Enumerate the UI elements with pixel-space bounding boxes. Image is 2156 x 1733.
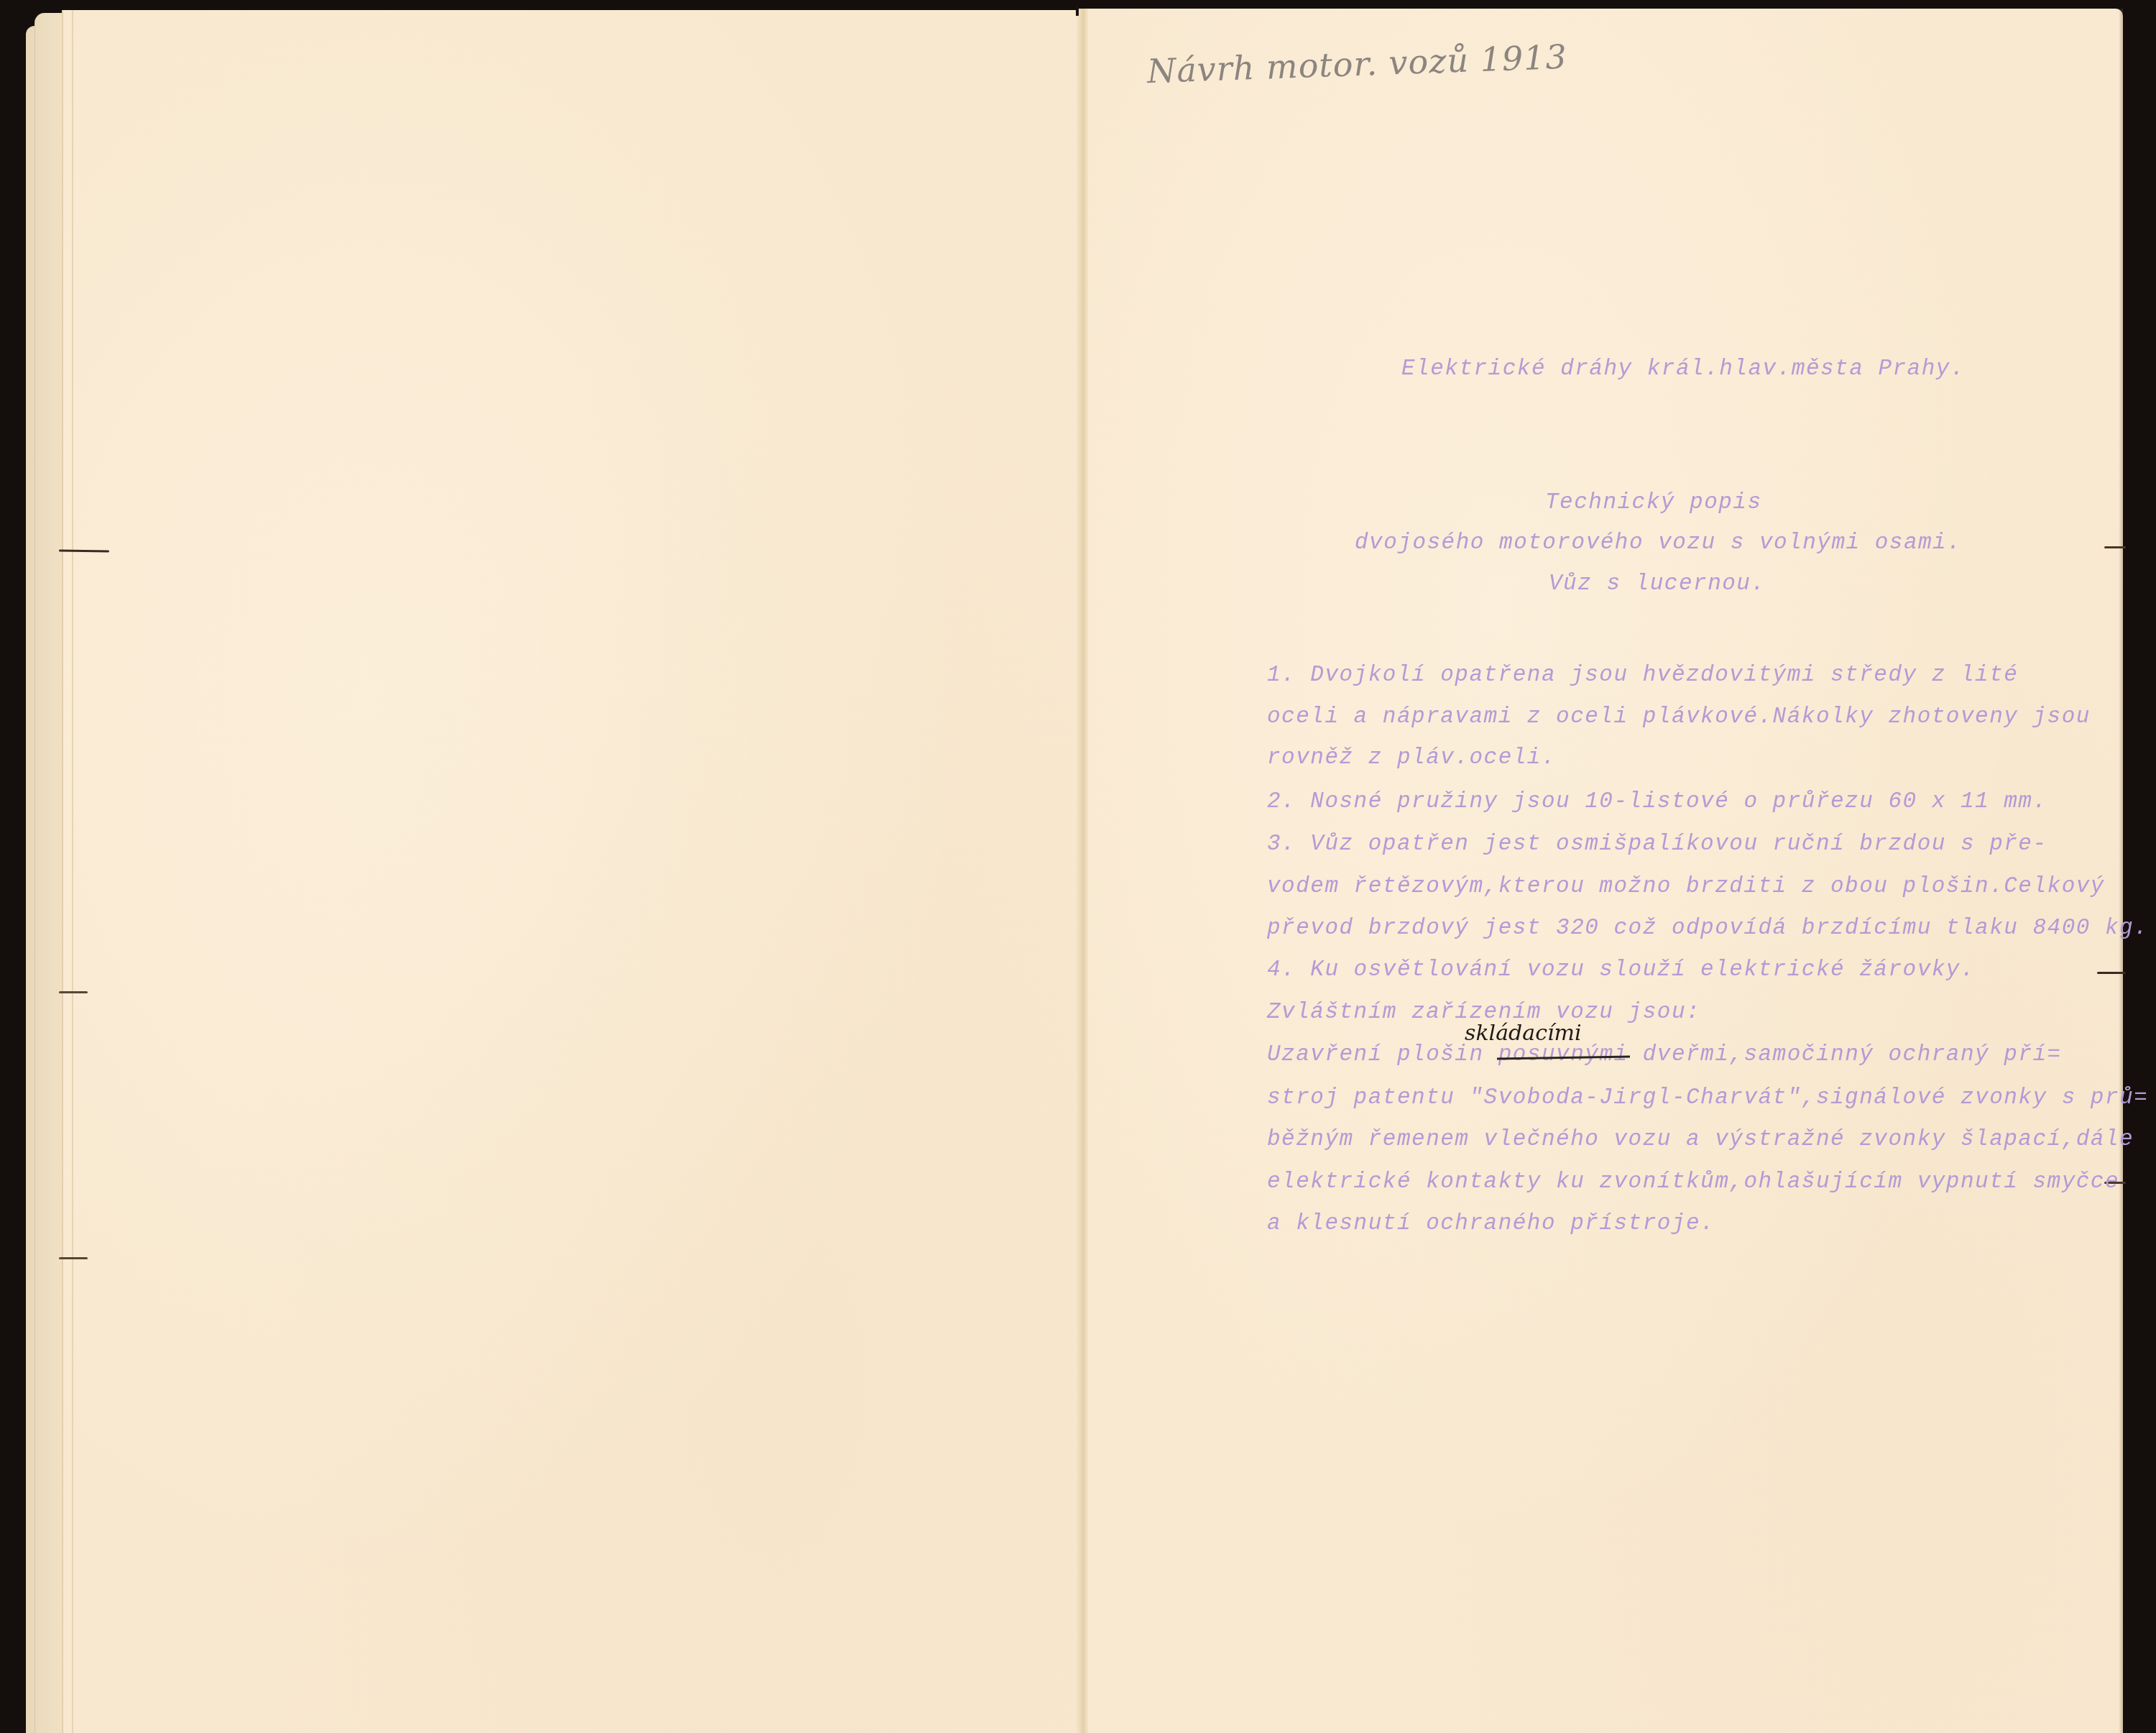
- document-title-line-2: dvojosého motorového vozu s volnými osam…: [1355, 530, 1961, 556]
- paper-tear: [59, 1257, 88, 1259]
- organization-heading: Elektrické dráhy král.hlav.města Prahy.: [1401, 357, 1965, 382]
- struck-out-word: posuvnými: [1498, 1042, 1628, 1067]
- body-line-with-correction: Uzavření plošin posuvnými dveřmi,samočin…: [1267, 1042, 2062, 1067]
- paper-tear: [2104, 546, 2126, 548]
- body-line: 4. Ku osvětlování vozu slouží elektrické…: [1267, 957, 1975, 983]
- body-line: stroj patentu "Svoboda-Jirgl-Charvát",si…: [1267, 1085, 2148, 1111]
- correction-prefix: Uzavření plošin: [1267, 1042, 1498, 1067]
- body-line: 3. Vůz opatřen jest osmišpalíkovou ruční…: [1267, 832, 2047, 857]
- page-edge-shadow: [2119, 9, 2123, 1733]
- body-line: 2. Nosné pružiny jsou 10-listové o průře…: [1267, 789, 2047, 814]
- left-page-blank: [62, 10, 1082, 1733]
- page-fold-line: [72, 10, 73, 1733]
- body-line: a klesnutí ochraného přístroje.: [1267, 1211, 1715, 1236]
- scanned-document: Návrh motor. vozů 1913 Elektrické dráhy …: [0, 0, 2156, 1733]
- document-title-line-1: Technický popis: [1545, 490, 1762, 515]
- gutter-notch: [1076, 6, 1079, 16]
- body-line: vodem řetězovým,kterou možno brzditi z o…: [1267, 874, 2105, 899]
- body-line: elektrické kontakty ku zvonítkům,ohlašuj…: [1267, 1169, 2119, 1195]
- document-title-line-3: Vůz s lucernou.: [1549, 571, 1766, 597]
- book-gutter: [1077, 9, 1088, 1733]
- right-page: [1088, 9, 2123, 1733]
- correction-suffix: dveřmi,samočinný ochraný pří=: [1628, 1042, 2062, 1067]
- body-line: 1. Dvojkolí opatřena jsou hvězdovitými s…: [1267, 663, 2018, 688]
- paper-tear: [2097, 972, 2126, 974]
- body-line: rovněž z pláv.oceli.: [1267, 745, 1556, 771]
- handwritten-insertion: skládacími: [1465, 1021, 1582, 1046]
- body-line: převod brzdový jest 320 což odpovídá brz…: [1267, 916, 2148, 941]
- body-line: běžným řemenem vlečného vozu a výstražné…: [1267, 1127, 2134, 1152]
- paper-tear: [59, 549, 109, 552]
- body-line: oceli a nápravami z oceli plávkové.Nákol…: [1267, 704, 2091, 730]
- paper-tear: [59, 991, 88, 993]
